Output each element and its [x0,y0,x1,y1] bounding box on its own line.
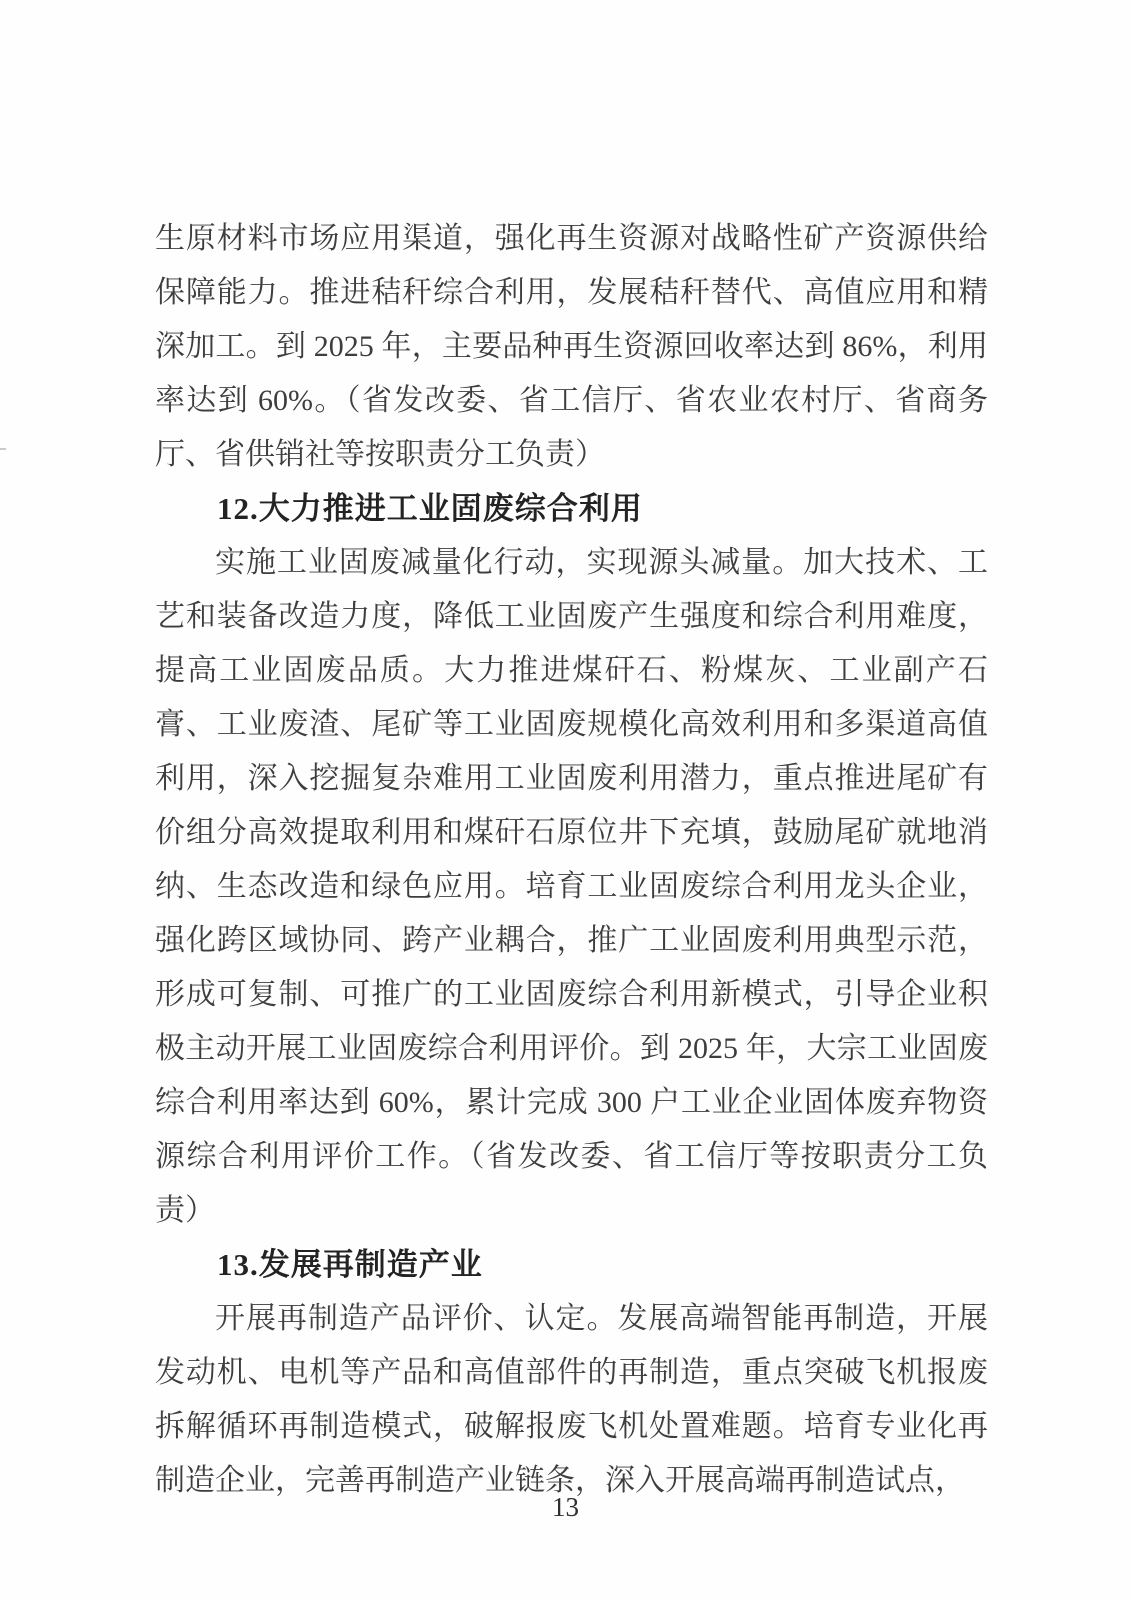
section-heading-13: 13.发展再制造产业 [155,1238,988,1292]
scan-artifact [0,448,6,450]
body-paragraph-continuation: 生原材料市场应用渠道，强化再生资源对战略性矿产资源供给保障能力。推进秸秆综合利用… [155,212,988,482]
body-paragraph-remanufacturing: 开展再制造产品评价、认定。发展高端智能再制造，开展发动机、电机等产品和高值部件的… [155,1292,988,1508]
document-page: 生原材料市场应用渠道，强化再生资源对战略性矿产资源供给保障能力。推进秸秆综合利用… [0,0,1131,1600]
body-paragraph-industrial-solid-waste: 实施工业固废减量化行动，实现源头减量。加大技术、工艺和装备改造力度，降低工业固废… [155,536,988,1238]
page-number: 13 [0,1492,1131,1523]
section-heading-12: 12.大力推进工业固废综合利用 [155,482,988,536]
